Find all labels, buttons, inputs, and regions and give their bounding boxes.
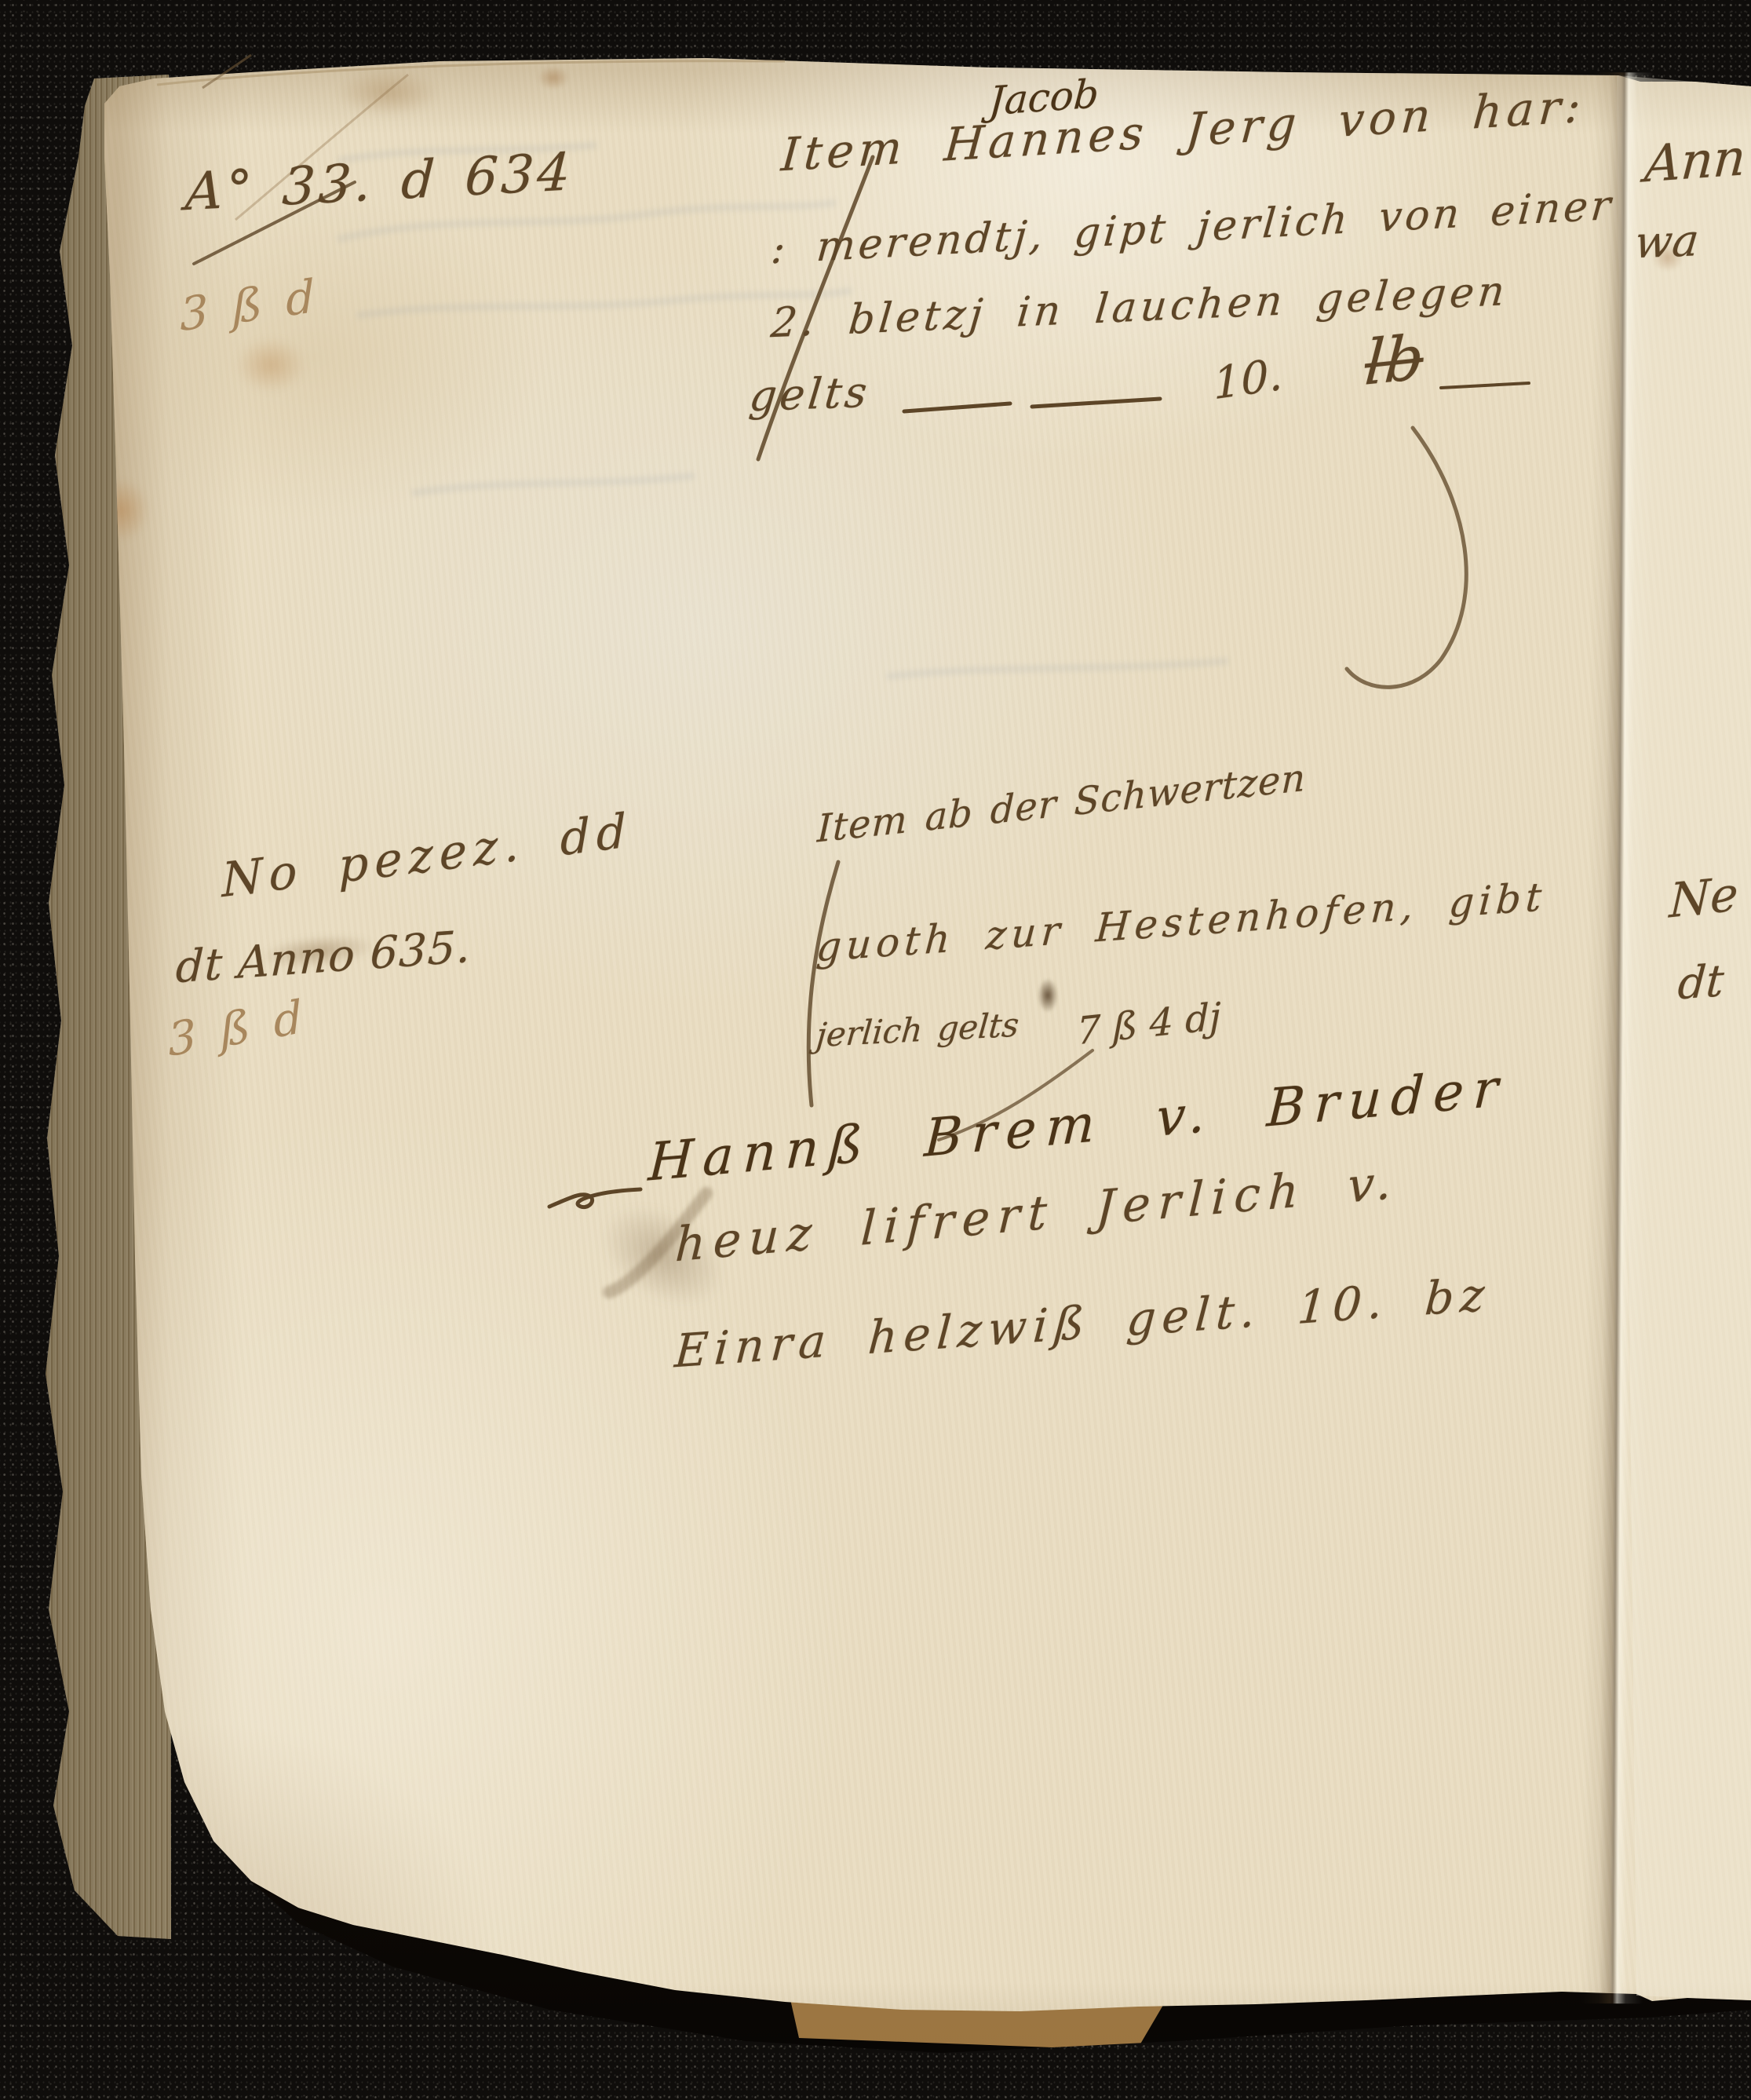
entry1-payment-label: gelts: [747, 371, 872, 418]
ink-blot: [1038, 978, 1058, 1013]
facing-page-fragment-4: dt: [1676, 959, 1725, 1006]
facing-page-fragment-2: wa: [1632, 219, 1701, 265]
entry1-payment-unit-pound: lb: [1362, 327, 1425, 395]
entry1-payment-amount: 10.: [1213, 353, 1283, 407]
edge-spot: [538, 66, 569, 89]
facing-page-fragment-3: Ne: [1669, 871, 1739, 926]
gutter-fold-crease: [1581, 72, 1654, 2003]
photo-stage: A° 33. d 634 3 ß d Jacob Item Hannes Jer…: [0, 0, 1751, 2100]
corner-grime: [337, 69, 440, 116]
facing-page-fragment-1: Ann: [1643, 133, 1747, 190]
foxing-stain: [235, 338, 306, 393]
